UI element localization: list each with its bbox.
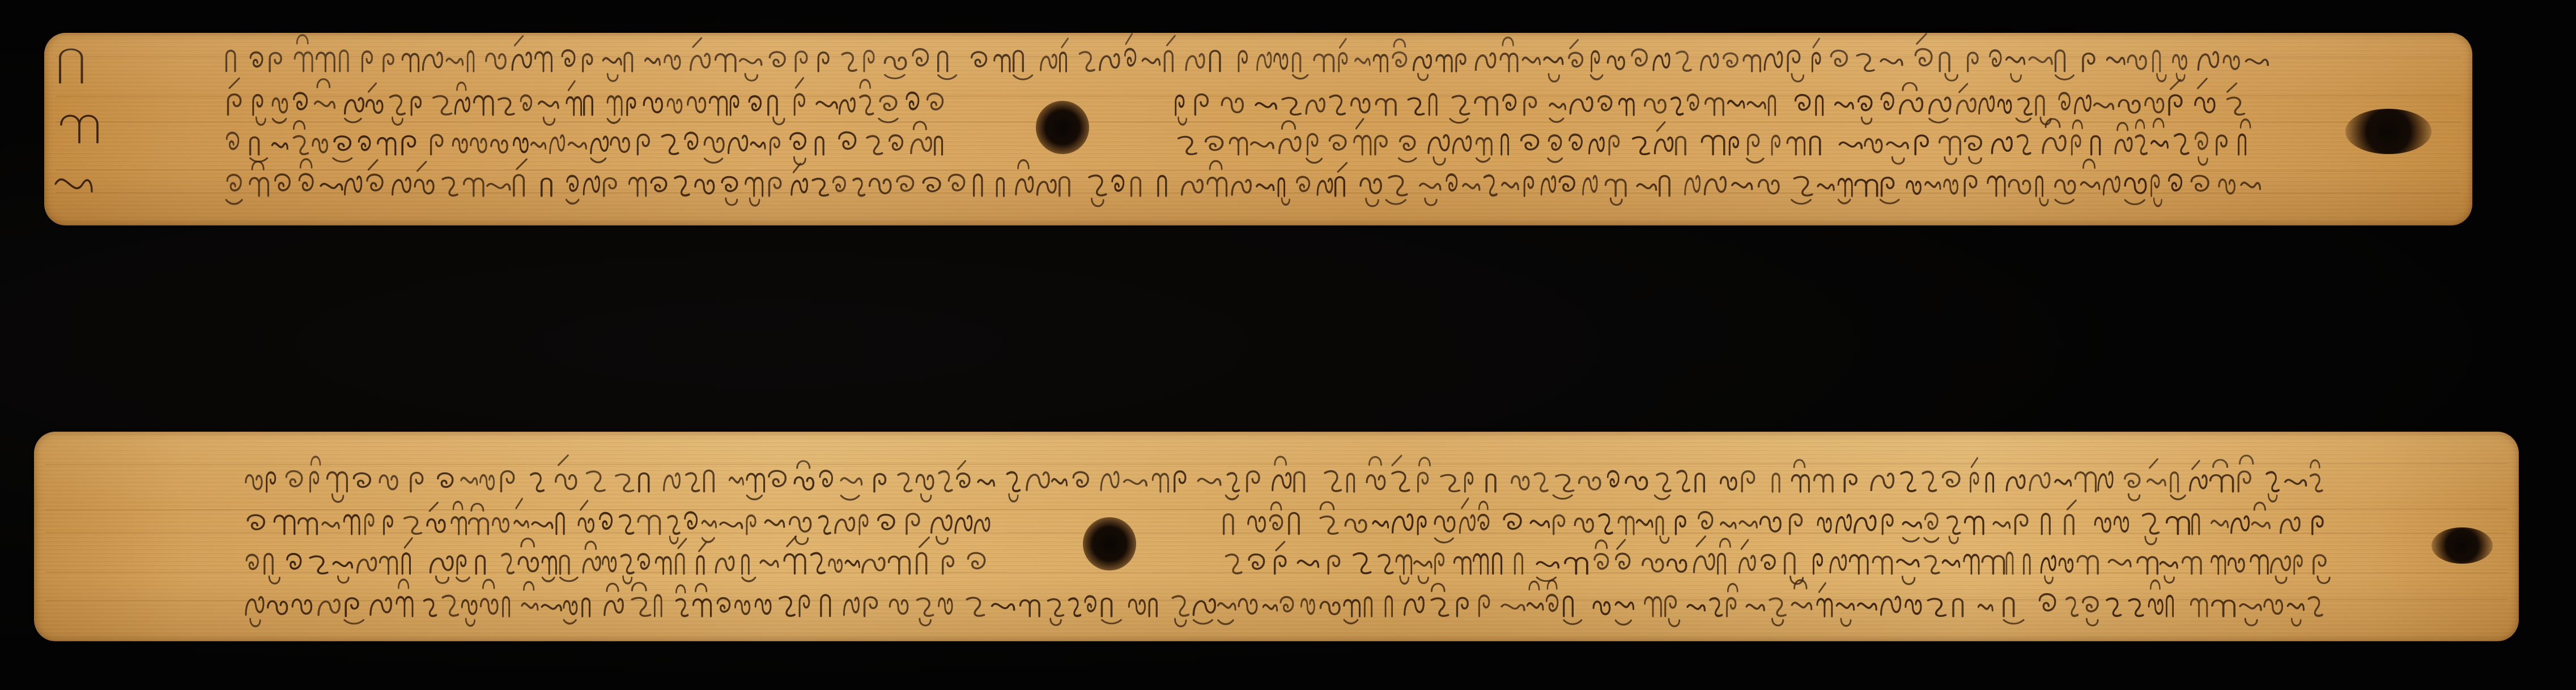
script-text-bottom-leaf (34, 432, 2519, 641)
binding-hole (1036, 101, 1089, 154)
binding-hole (1083, 517, 1136, 570)
palm-leaf-top (44, 33, 2472, 225)
palm-leaf-bottom (34, 432, 2519, 641)
manuscript-photo: Photograph of two Balinese lontar (palm-… (0, 0, 2576, 690)
binding-hole (2432, 527, 2493, 564)
binding-hole (2345, 109, 2431, 154)
scene-description: Photograph of two Balinese lontar (palm-… (0, 0, 1, 1)
script-text-top-leaf (44, 33, 2472, 225)
